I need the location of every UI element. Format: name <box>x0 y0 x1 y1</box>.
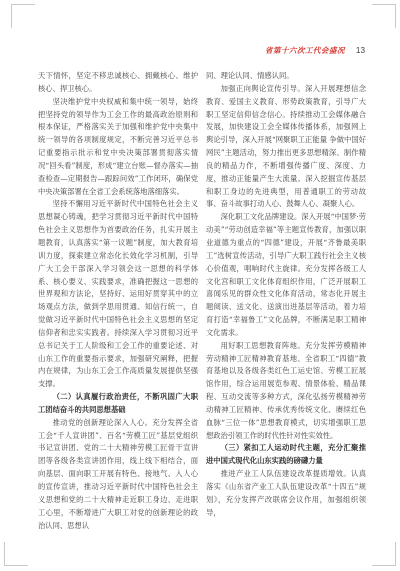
paragraph: 推进产业工人队伍建设改革提质增效。认真落实《山东省产业工人队伍建设改革“十四五”… <box>206 468 366 519</box>
paragraph: 深化职工文化品牌建设。深入开展“中国梦·劳动美”“劳动创造幸福”等主题宣传教育，… <box>206 211 366 339</box>
crop-mark-top-left <box>11 4 35 28</box>
text-columns: 天下情怀，坚定不移忠诚核心、拥戴核心、维护核心、捍卫核心。 坚决维护党中央权威和… <box>38 70 366 532</box>
crop-mark-bottom-right <box>372 542 396 566</box>
paragraph-continuation: 同、理论认同、情感认同。 <box>206 70 366 83</box>
paragraph-continuation: 天下情怀，坚定不移忠诚核心、拥戴核心、维护核心、捍卫核心。 <box>38 70 198 96</box>
paragraph: 坚持不懈用习近平新时代中国特色社会主义思想凝心铸魂，把学习贯彻习近平新时代中国特… <box>38 198 198 391</box>
running-header: 省第十六次工代会盛况13 <box>0 38 365 57</box>
document-page: { "header": { "title": "省第十六次工代会盛况", "pa… <box>0 0 400 571</box>
paragraph: 推动党的创新理论深入人心。充分发挥全省工会“千人宣讲团”、百名“劳模工匠”基层党… <box>38 417 198 533</box>
running-header-title: 省第十六次工代会盛况 <box>265 46 345 55</box>
page-number: 13 <box>356 46 365 55</box>
section-heading-2: （二）认真履行政治责任，不断巩固广大职工团结奋斗的共同思想基础 <box>38 391 198 417</box>
paragraph: 坚决维护党中央权威和集中统一领导，始终把坚持党的领导作为工会工作的最高政治原则和… <box>38 96 198 199</box>
paragraph: 用好职工思想教育阵地。充分发挥劳模精神劳动精神工匠精神教育基地、全省职工“四德”… <box>206 340 366 443</box>
left-column: 天下情怀，坚定不移忠诚核心、拥戴核心、维护核心、捍卫核心。 坚决维护党中央权威和… <box>38 70 198 532</box>
right-column: 同、理论认同、情感认同。 加强正向舆论宣传引导。深入开展理想信念教育、爱国主义教… <box>206 70 366 532</box>
crop-mark-top-right <box>372 4 396 28</box>
crop-mark-bottom-left <box>4 542 28 566</box>
paragraph: 加强正向舆论宣传引导。深入开展理想信念教育、爱国主义教育、形势政策教育，引导广大… <box>206 83 366 211</box>
section-heading-3: （三）紧扣工人运动时代主题，充分汇聚推进中国式现代化山东实践的磅礴力量 <box>206 442 366 468</box>
